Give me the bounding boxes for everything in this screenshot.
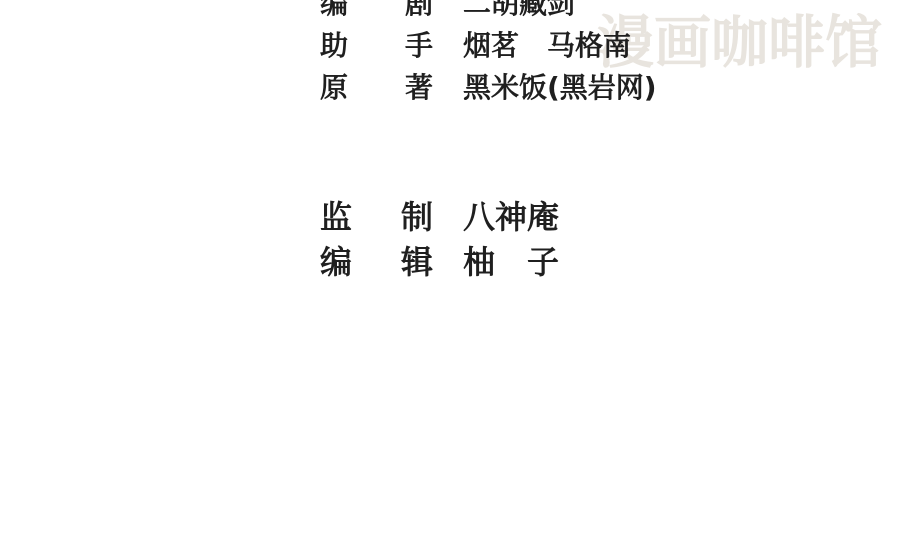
credit-role-char: 制 — [401, 201, 433, 233]
credit-name: 烟茗 马格南 — [463, 32, 631, 60]
credit-line-producer: 监 制 八神庵 — [320, 201, 559, 233]
credit-role-char: 手 — [405, 32, 433, 60]
credit-line-assistant: 助 手 烟茗 马格南 — [320, 32, 631, 60]
credit-line-screenwriter: 编 剧 二胡藏剑 — [320, 0, 575, 18]
comic-credits-page: 漫画咖啡馆 编 剧 二胡藏剑 助 手 烟茗 马格南 原 著 黑米饭(黑岩网) 监… — [0, 0, 900, 534]
credit-role: 监 制 — [320, 201, 433, 233]
credit-role: 助 手 — [320, 32, 433, 60]
credit-role-char: 剧 — [405, 0, 433, 18]
credit-role: 原 著 — [320, 74, 433, 102]
credit-line-original-author: 原 著 黑米饭(黑岩网) — [320, 74, 657, 102]
credit-role-char: 编 — [320, 0, 348, 18]
credit-name: 八神庵 — [463, 201, 559, 233]
site-watermark: 漫画咖啡馆 — [597, 15, 882, 72]
credit-role-char: 助 — [320, 32, 348, 60]
credit-role-char: 监 — [320, 201, 352, 233]
credit-name: 二胡藏剑 — [463, 0, 575, 18]
credit-line-editor: 编 辑 柚 子 — [320, 246, 559, 278]
credit-role-char: 著 — [405, 74, 433, 102]
credit-name: 黑米饭(黑岩网) — [463, 74, 657, 102]
credit-role-char: 辑 — [401, 246, 433, 278]
credit-role-char: 原 — [320, 74, 348, 102]
credit-name: 柚 子 — [463, 246, 559, 278]
credit-role: 编 剧 — [320, 0, 433, 18]
credit-role: 编 辑 — [320, 246, 433, 278]
credit-role-char: 编 — [320, 246, 352, 278]
